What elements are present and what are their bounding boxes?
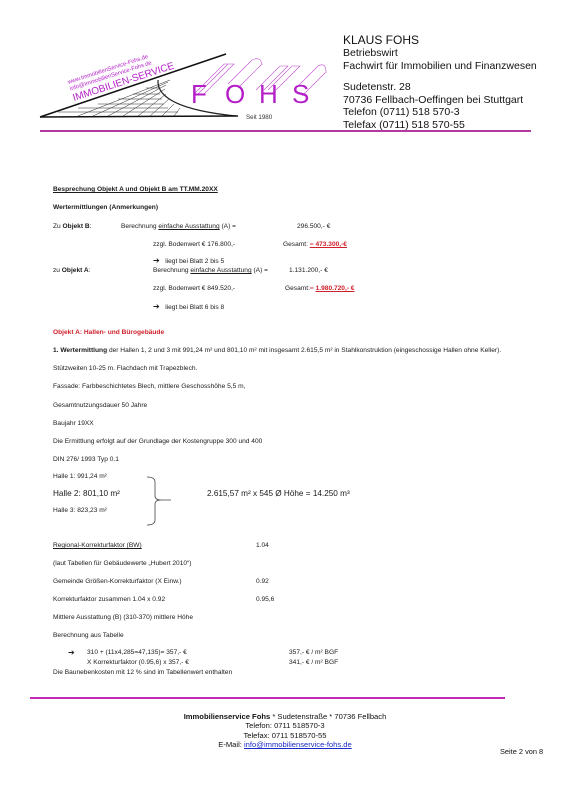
sender-street: Sudetenstr. 28 [343,81,537,94]
hall-area: Halle 1: 991,24 m² [53,473,107,480]
factor-label: (laut Tabellen für Gebäudewerte „Hubert … [53,560,191,567]
objekt-a-sheet-ref: ➔ liegt bei Blatt 6 bis 8 [153,302,224,311]
factor-value: 0.95,6 [256,596,274,603]
header-divider [40,130,531,132]
page-number: Seite 2 von 8 [500,747,543,756]
closing-note: Die Baunebenkosten mit 12 % sind im Tabe… [53,669,232,676]
logo-graphic: www.ImmobilienService-Fohs.de info@Immob… [38,42,328,124]
objekt-a-land-value: zzgl. Bodenwert € 849.520,- [153,285,235,292]
factor-value: 0.92 [256,578,269,585]
calc-row-text: X Korrekturfaktor (0.95,6) x 357,- € [87,659,189,666]
objekt-b-sheet-ref: ➔ liegt bei Blatt 2 bis 5 [153,256,224,265]
footer-company-line: Immobilienservice Fohs * Sudetenstraße *… [150,712,420,721]
svg-text:S: S [292,79,309,109]
detail-line: DIN 276/ 1993 Typ 0.1 [53,456,119,463]
objekt-a-label: zu Objekt A: [53,267,91,274]
page-footer: Immobilienservice Fohs * Sudetenstraße *… [150,712,420,750]
footer-phone: Telefon: 0711 518570-3 [150,721,420,730]
factor-label: Korrekturfaktor zusammen 1.04 x 0.92 [53,596,165,603]
objekt-b-label: Zu Objekt B: [53,223,92,230]
arrow-right-icon: ➔ [153,302,160,311]
hall-area: Halle 2: 801,10 m² [53,489,120,498]
detail-line: Stützweiten 10-25 m. Flachdach mit Trape… [53,365,197,372]
sender-name: KLAUS FOHS [343,33,537,47]
detail-line: Gesamtnutzungsdauer 50 Jahre [53,402,147,409]
sender-city: 70736 Fellbach-Oeffingen bei Stuttgart [343,94,537,107]
footer-fax: Telefax: 0711 518570-55 [150,731,420,740]
sender-address-block: KLAUS FOHS Betriebswirt Fachwirt für Imm… [343,33,537,131]
calc-row-text: 310 + (11x4,285=47,135)= 357,- € [87,649,187,656]
detail-line: Die Ermittlung erfolgt auf der Grundlage… [53,438,262,445]
valuation-paragraph: 1. Wertermittlung der Hallen 1, 2 und 3 … [53,347,501,354]
objekt-b-calculation: Berechnung einfache Ausstattung (A) = [121,223,236,230]
company-logo: www.ImmobilienService-Fohs.de info@Immob… [38,42,328,124]
svg-text:Seit 1980: Seit 1980 [246,114,273,121]
footer-email-line: E-Mail: info@immobilienservice-fohs.de [150,740,420,749]
objekt-a-total: Gesamt:= 1.980.720,- € [285,285,354,292]
factor-label: Gemeinde Größen-Korrekturfaktor (X Einw.… [53,578,182,585]
svg-text:H: H [259,79,278,109]
email-link[interactable]: info@immobilienservice-fohs.de [244,740,352,749]
detail-line: Baujahr 19XX [53,420,94,427]
detail-line: Fassade: Farbbeschichtetes Blech, mittle… [53,383,245,390]
hall-area: Halle 3: 823,23 m² [53,507,107,514]
factor-label: Berechnung aus Tabelle [53,632,124,639]
calc-row-value: 341,- € / m² BGF [289,659,338,666]
factor-label: Mittlere Ausstattung (B) (310-370) mittl… [53,614,193,621]
sender-qualification: Fachwirt für Immobilien und Finanzwesen [343,60,537,73]
sender-phone: Telefon (0711) 518 570-3 [343,106,537,119]
arrow-right-icon: ➔ [153,256,160,265]
objekt-b-total: Gesamt: = 473.300,-€ [283,241,347,248]
volume-formula: 2.615,57 m² x 545 Ø Höhe = 14.250 m³ [207,489,350,498]
footer-divider [30,697,505,699]
arrow-right-icon: ➔ [68,648,75,657]
objekt-a-heading: Objekt A: Hallen- und Bürogebäude [53,329,164,336]
svg-text:O: O [225,79,245,109]
objekt-b-calc-value: 296.500,- € [297,223,330,230]
objekt-b-land-value: zzgl. Bodenwert € 176.800,- [153,241,235,248]
calc-row-value: 357,- € / m² BGF [289,649,338,656]
curly-brace-icon [145,476,185,526]
svg-text:F: F [191,79,207,109]
factor-label: Regional-Korrekturfaktor (BW) [53,542,142,549]
factor-value: 1.04 [256,542,269,549]
section-heading: Wertermittlungen (Anmerkungen) [53,204,158,211]
meeting-title: Besprechung Objekt A und Objekt B am TT.… [53,186,218,193]
objekt-a-calculation: Berechnung einfache Ausstattung (A) = [153,267,268,274]
sender-title: Betriebswirt [343,47,537,60]
objekt-a-calc-value: 1.131.200,- € [289,267,328,274]
